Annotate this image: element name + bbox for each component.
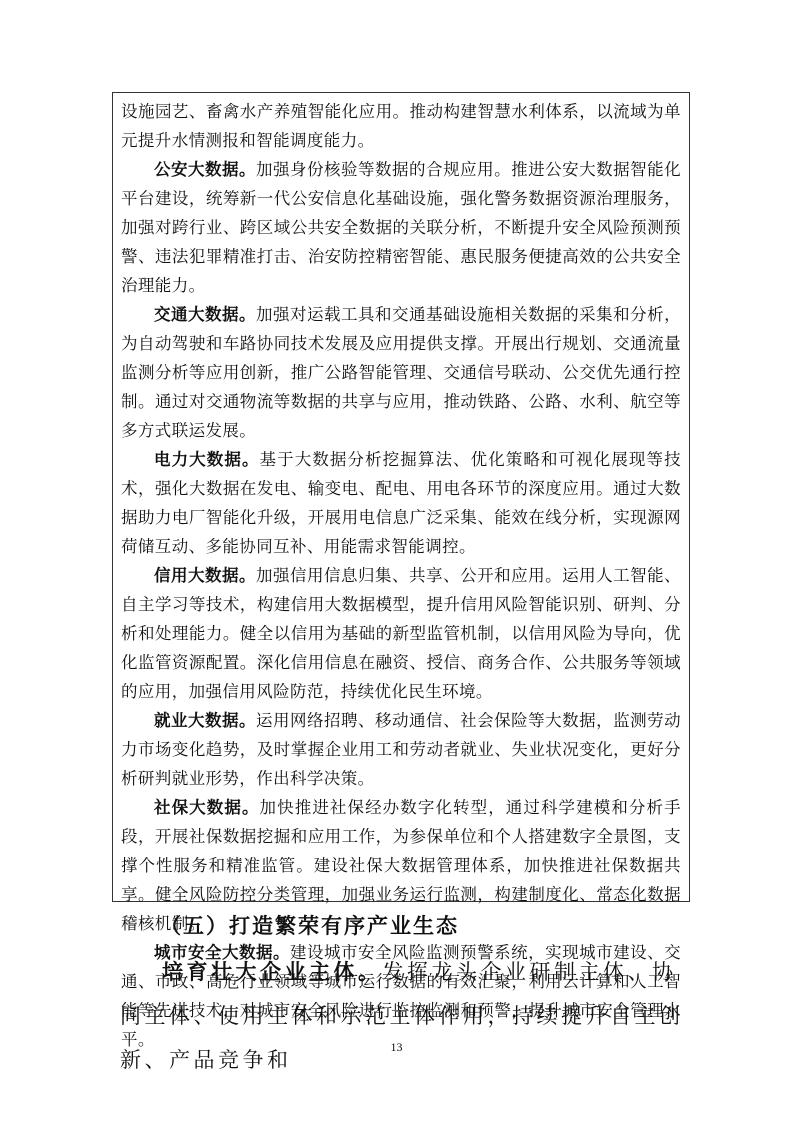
paragraph-lead: 信用大数据。 xyxy=(154,566,256,585)
section-body: 培育壮大企业主体。发挥龙头企业研制主体、协同主体、使用主体和示范主体作用，持续提… xyxy=(120,950,690,1082)
paragraph-agriculture: 设施园艺、畜禽水产养殖智能化应用。推动构建智慧水利体系，以流域为单元提升水情测报… xyxy=(121,97,681,155)
page-number: 13 xyxy=(0,1040,793,1055)
paragraph-power: 电力大数据。基于大数据分析挖掘算法、优化策略和可视化展现等技术，强化大数据在发电… xyxy=(121,445,681,561)
paragraph-text: 加强身份核验等数据的合规应用。推进公安大数据智能化平台建设，统筹新一代公安信息化… xyxy=(121,160,681,295)
section-heading: （五）打造繁荣有序产业生态 xyxy=(160,910,459,940)
paragraph-lead: 公安大数据。 xyxy=(154,160,256,179)
paragraph-employment: 就业大数据。运用网络招聘、移动通信、社会保险等大数据，监测劳动力市场变化趋势，及… xyxy=(121,706,681,793)
paragraph-transport: 交通大数据。加强对运载工具和交通基础设施相关数据的采集和分析，为自动驾驶和车路协… xyxy=(121,300,681,445)
paragraph-text: 设施园艺、畜禽水产养殖智能化应用。推动构建智慧水利体系，以流域为单元提升水情测报… xyxy=(121,102,681,150)
paragraph-lead: 就业大数据。 xyxy=(154,711,256,730)
paragraph-credit: 信用大数据。加强信用信息归集、共享、公开和应用。运用人工智能、自主学习等技术，构… xyxy=(121,561,681,706)
paragraph-text: 加强对运载工具和交通基础设施相关数据的采集和分析，为自动驾驶和车路协同技术发展及… xyxy=(121,305,681,440)
section-lead: 培育壮大企业主体。 xyxy=(162,960,383,984)
text-box: 设施园艺、畜禽水产养殖智能化应用。推动构建智慧水利体系，以流域为单元提升水情测报… xyxy=(112,92,690,902)
paragraph-text: 加强信用信息归集、共享、公开和应用。运用人工智能、自主学习等技术，构建信用大数据… xyxy=(121,566,681,701)
paragraph-lead: 交通大数据。 xyxy=(154,305,256,324)
paragraph-public-security: 公安大数据。加强身份核验等数据的合规应用。推进公安大数据智能化平台建设，统筹新一… xyxy=(121,155,681,300)
paragraph-lead: 电力大数据。 xyxy=(154,450,260,469)
paragraph-lead: 社保大数据。 xyxy=(154,798,260,817)
